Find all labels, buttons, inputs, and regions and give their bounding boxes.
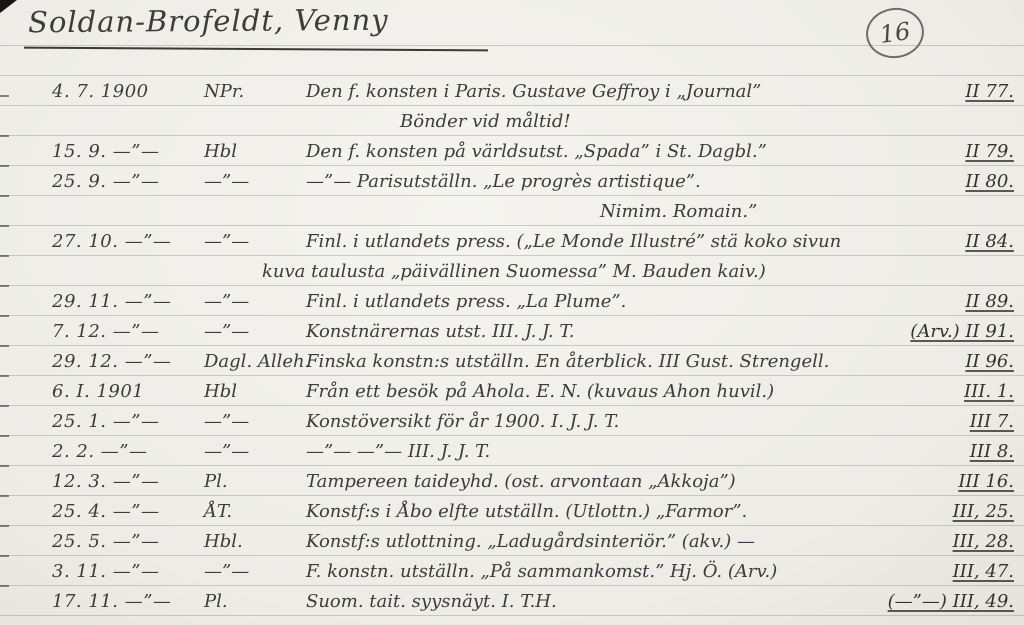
entry-ref: II 77. (902, 81, 1024, 102)
ledger-entry: 12. 3. —”— Pl. Tampereen taideyhd. (ost.… (0, 465, 1024, 495)
ledger-entry: 4. 7. 1900 NPr. Den f. konsten i Paris. … (0, 75, 1024, 105)
entry-continuation: Nimim. Romain.” (0, 195, 1024, 225)
entry-title: Tampereen taideyhd. (ost. arvontaan „Akk… (306, 471, 902, 492)
entry-date: 2. 2. —”— (52, 441, 204, 462)
entry-source: —”— (204, 321, 306, 342)
entry-title: Konstf:s utlottning. „Ladugårdsinteriör.… (306, 531, 902, 552)
ledger-entry: 3. 11. —”— —”— F. konstn. utställn. „På … (0, 555, 1024, 585)
ledger-entry: 17. 11. —”— Pl. Suom. tait. syysnäyt. I.… (0, 585, 1024, 615)
entry-date: 4. 7. 1900 (52, 81, 204, 102)
entry-title: Den f. konsten i Paris. Gustave Geffroy … (306, 81, 902, 102)
title-underline (24, 47, 488, 52)
entry-continuation: Bönder vid måltid! (0, 105, 1024, 135)
entry-source: Hbl. (204, 531, 306, 552)
entry-source: —”— (204, 291, 306, 312)
entry-ref: III 16. (902, 471, 1024, 492)
entry-ref: III, 25. (902, 501, 1024, 522)
entry-date: 29. 12. —”— (52, 351, 204, 372)
entry-source: —”— (204, 171, 306, 192)
entry-source: Hbl (204, 141, 306, 162)
entry-ref: III. 1. (902, 381, 1024, 402)
entry-title: Den f. konsten på världsutst. „Spada” i … (306, 141, 902, 162)
entry-title: Konstnärernas utst. III. J. J. T. (306, 321, 902, 342)
ledger-entry: 2. 2. —”— —”— —”— —”— III. J. J. T. III … (0, 435, 1024, 465)
entry-list: 4. 7. 1900 NPr. Den f. konsten i Paris. … (0, 75, 1024, 615)
ledger-entry: 25. 1. —”— —”— Konstöversikt för år 1900… (0, 405, 1024, 435)
entry-ref: II 84. (902, 231, 1024, 252)
entry-source: —”— (204, 561, 306, 582)
entry-ref: III 7. (902, 411, 1024, 432)
entry-title: Konstf:s i Åbo elfte utställn. (Utlottn.… (306, 501, 902, 522)
entry-date: 17. 11. —”— (52, 591, 204, 612)
entry-ref: II 79. (902, 141, 1024, 162)
entry-ref: III 8. (902, 441, 1024, 462)
entry-source: Hbl (204, 381, 306, 402)
entry-source: —”— (204, 441, 306, 462)
entry-source: Dagl. Alleh. (204, 351, 306, 372)
entry-source: ÅT. (204, 501, 306, 522)
entry-date: 25. 5. —”— (52, 531, 204, 552)
entry-ref: III, 47. (902, 561, 1024, 582)
entry-title: —”— Parisutställn. „Le progrès artistiqu… (306, 171, 902, 192)
entry-ref: II 89. (902, 291, 1024, 312)
entry-source: Pl. (204, 591, 306, 612)
entry-title: Från ett besök på Ahola. E. N. (kuvaus A… (306, 381, 902, 402)
entry-ref: II 96. (902, 351, 1024, 372)
entry-source: NPr. (204, 81, 306, 102)
entry-date: 25. 9. —”— (52, 171, 204, 192)
page-number-badge: 16 (863, 4, 927, 62)
entry-ref: (—”—) III, 49. (888, 591, 1024, 612)
entry-title: Finl. i utlandets press. „La Plume”. (306, 291, 902, 312)
ledger-entry: 29. 12. —”— Dagl. Alleh. Finska konstn:s… (0, 345, 1024, 375)
entry-ref: III, 28. (902, 531, 1024, 552)
ledger-entry: 25. 4. —”— ÅT. Konstf:s i Åbo elfte utst… (0, 495, 1024, 525)
ledger-entry: 25. 9. —”— —”— —”— Parisutställn. „Le pr… (0, 165, 1024, 195)
page-title: Soldan-Brofeldt, Venny (28, 3, 389, 40)
ledger-entry: 6. I. 1901 Hbl Från ett besök på Ahola. … (0, 375, 1024, 405)
entry-date: 15. 9. —”— (52, 141, 204, 162)
entry-ref: (Arv.) II 91. (902, 321, 1024, 342)
entry-ref: II 80. (902, 171, 1024, 192)
entry-title: Suom. tait. syysnäyt. I. T.H. (306, 591, 888, 612)
entry-date: 29. 11. —”— (52, 291, 204, 312)
entry-source: Pl. (204, 471, 306, 492)
entry-title: Finl. i utlandets press. („Le Monde Illu… (306, 231, 902, 252)
entry-date: 27. 10. —”— (52, 231, 204, 252)
ledger-entry: 7. 12. —”— —”— Konstnärernas utst. III. … (0, 315, 1024, 345)
entry-title: F. konstn. utställn. „På sammankomst.” H… (306, 561, 902, 582)
entry-title: —”— —”— III. J. J. T. (306, 441, 902, 462)
scan-corner-artifact (0, 0, 17, 13)
entry-date: 25. 1. —”— (52, 411, 204, 432)
entry-date: 3. 11. —”— (52, 561, 204, 582)
ledger-entry: 15. 9. —”— Hbl Den f. konsten på världsu… (0, 135, 1024, 165)
ledger-entry: 29. 11. —”— —”— Finl. i utlandets press.… (0, 285, 1024, 315)
entry-title: Konstöversikt för år 1900. I. J. J. T. (306, 411, 902, 432)
entry-source: —”— (204, 411, 306, 432)
entry-date: 7. 12. —”— (52, 321, 204, 342)
ledger-entry: 25. 5. —”— Hbl. Konstf:s utlottning. „La… (0, 525, 1024, 555)
entry-source: —”— (204, 231, 306, 252)
ledger-entry: 27. 10. —”— —”— Finl. i utlandets press.… (0, 225, 1024, 255)
entry-date: 6. I. 1901 (52, 381, 204, 402)
entry-title: Finska konstn:s utställn. En återblick. … (306, 351, 902, 372)
entry-date: 12. 3. —”— (52, 471, 204, 492)
ledger-page: Soldan-Brofeldt, Venny 16 4. 7. 1900 NPr… (0, 0, 1024, 625)
page-number: 16 (878, 17, 912, 49)
entry-continuation: kuva taulusta „päivällinen Suomessa” M. … (0, 255, 1024, 285)
entry-date: 25. 4. —”— (52, 501, 204, 522)
